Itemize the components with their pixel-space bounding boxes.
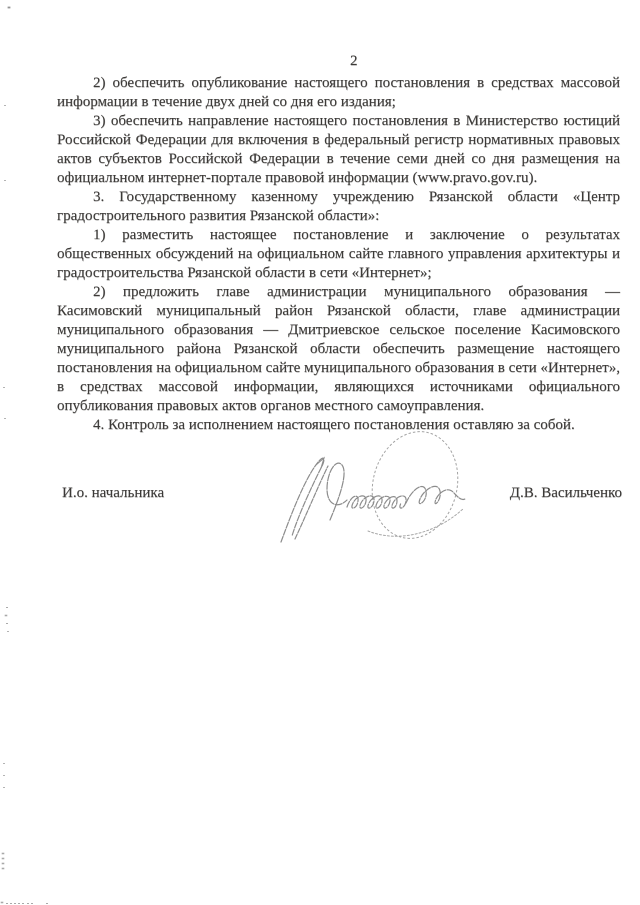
signer-position-title: И.о. начальника	[62, 485, 164, 502]
scan-artifact-dots	[0, 0, 2, 1]
page-number-value: 2	[350, 53, 358, 69]
page-number: 2	[34, 53, 640, 70]
signer-name: Д.В. Васильченко	[510, 485, 622, 502]
document-body: 2) обеспечить опубликование настоящего п…	[57, 74, 620, 435]
paragraph-sub-1: 1) разместить настоящее постановление и …	[57, 226, 620, 283]
paragraph-item-2: 2) обеспечить опубликование настоящего п…	[57, 74, 620, 112]
paragraph-sub-2: 2) предложить главе администрации муници…	[57, 283, 620, 416]
paragraph-point-3: 3. Государственному казенному учреждению…	[57, 188, 620, 226]
paragraph-item-3: 3) обеспечить направление настоящего пос…	[57, 112, 620, 188]
scanned-document-page: 2 2) обеспечить опубликование настоящего…	[0, 0, 640, 905]
handwritten-signature-icon	[250, 410, 516, 560]
